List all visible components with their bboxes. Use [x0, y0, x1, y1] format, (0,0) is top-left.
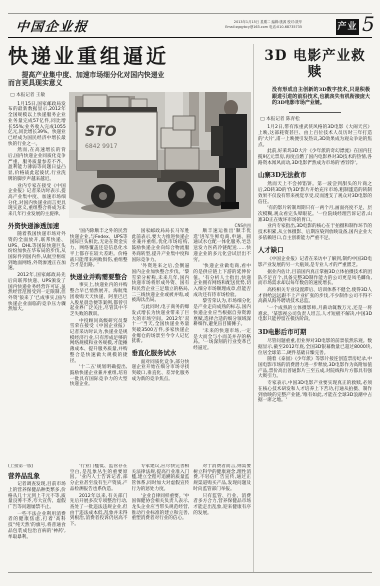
article-photo-block: STO 6842 9917 — [69, 92, 251, 229]
paragraph: 事实上,快递业内的并购整合早已悄然展开。海航集团收购天天快递、阿里巴巴入股星晨急… — [70, 283, 128, 317]
photo-sign-digits: 6842 9917 — [85, 143, 118, 150]
article-subhead: 快递业并购需要整合 — [70, 273, 128, 281]
paragraph: '有的影片转制周期只有一两个月,画面亮度不足、层次模糊,观众看完头晕眼花。'一位… — [258, 206, 372, 223]
paragraph: '国内除顺丰之外的民营快递企业,与Fedex、UPS等国际巨头相比,无论在资金实… — [70, 229, 128, 269]
article-subhead: 外资快递渗透加速 — [8, 222, 66, 230]
column-divider — [253, 44, 254, 572]
article-subhead: 人才缺口 — [258, 246, 372, 254]
lead-subtitle: 提高产业集中度、加速市场细分化对国内快递业 而言更具现实意义 — [8, 71, 226, 87]
paragraph: '外资进来之后,会倒逼国内企业加快整合步伐。'黎雪荣分析称,未来几年,国内快递市… — [132, 264, 190, 304]
newspaper-page: 中国企业报 2013年1月15日 星期二 编辑:康源 校对:筱华 Email:z… — [0, 0, 380, 586]
section-label: 产业 — [336, 19, 359, 35]
paragraph: 随着我国快递市场对外资的全面放开,联邦快递、UPS、DHL等国际快递巨头纷纷加快… — [8, 232, 66, 272]
right-article-body: □ 本报记者 陈青松1月2日,带有浓重武侠风格的3D电影《大闹天宫》上映,这部耗… — [258, 117, 372, 404]
paragraph: 只有监管、行业、消费者多方合力,营养保健品市场才能走出乱象,迎来健康有序的发展。 — [193, 494, 251, 517]
continuation-column-1: (上接第一版)营养品乱象记者调查发现,目前市场上的营养保健品种类繁多,价格从几十… — [8, 464, 66, 566]
page-bottom-rule — [8, 572, 372, 573]
header-top-rule — [8, 13, 372, 14]
right-article: 3D 电影产业救赎 没有形成自主创新的3D数字技术,只是积极跟进引进的前沿技术,… — [258, 44, 372, 570]
paragraph: 面对同质化竞争,部分快递企业开始在细分市场寻找突破口,垂直化、差异化服务成为新的… — [132, 360, 190, 383]
paragraph: 此前,好莱坞3D大片《少年派的奇幻漂流》在国内狂揽9亿元票房,再度点燃了国内电影… — [258, 149, 372, 166]
lead-article-body: □ 本报记者 王敏1月15日,国家邮政局发布的最新数据显示,2012年全国规模以… — [8, 92, 251, 424]
article-subhead: 山寨3D无法救市 — [258, 171, 372, 179]
paragraph: 国家邮政局局长马军胜此前表示,要大力推进快递企业兼并重组,优化市场结构,鼓励快递… — [132, 229, 190, 263]
right-article-intro: 没有形成自主创新的3D数字技术,只是积极跟进引进的前沿技术,也就丧失有机衔接庞大… — [272, 87, 370, 107]
page-number: 5 — [362, 12, 375, 36]
paragraph: '快递企业做电商,看中的是供应链上下游的延伸价值。'有分析人士指出,快递企业拥有… — [193, 264, 251, 298]
paragraph: 业内专家指出,3D电影的核心在于拍摄和制作环节的技术积累,从立体摄影、后期渲染到… — [258, 224, 372, 241]
paragraph: 随着《泰囧》《少年派》等影片接连创造票房纪录,中国电影市场的消费潜力进一步释放,… — [258, 357, 372, 380]
paragraph: 然而,在高速增长的背后,国内快递企业同质化竞争严重、服务质量参差不齐、盈利能力薄… — [8, 148, 66, 182]
paragraph: 专家建议,应尽快完善相关法律法规,提高行业准入门槛,建立全程可追溯的质量监管体系… — [132, 464, 190, 493]
paragraph: 中投顾问高级研究员黎雪荣在接受《中国企业报》记者采访时认为,快递业是规模经济行业… — [70, 319, 128, 365]
masthead: 中国企业报 — [15, 16, 89, 35]
paragraph: 高校相关专业设置滞后、培训体系不健全,使得3D人才供给远远跟不上产业扩张的步伐,… — [258, 288, 372, 305]
lead-subtitle-line2: 而言更具现实意义 — [8, 79, 226, 87]
delivery-scooter-photo: STO 6842 9917 — [69, 92, 251, 218]
article-note: (上接第一版) — [8, 464, 66, 470]
article-subhead: 3D电影后市可期 — [258, 328, 372, 336]
article-subhead: 营养品乱象 — [8, 472, 66, 480]
paragraph: 业内专家在接受《中国企业报》记者采访时表示,提高产业集中度、加速市场细分化,对国… — [8, 184, 66, 218]
paragraph: 尽管问题重重,但业界对3D电影的前景依然乐观。数据显示,截至2012年底,全国3… — [258, 339, 372, 356]
lead-article: 快递业重组逼近 提高产业集中度、加速市场细分化对国内快递业 而言更具现实意义 □… — [8, 44, 251, 424]
paragraph: 然而天上不会掉馅饼。第一波尝到甜头的片商之后,2D转3D的'伪3D'影片开始充斥… — [258, 182, 372, 205]
photo-sign-text: STO — [85, 124, 117, 140]
paragraph: 与此同时,电子商务的爆发式增长为快递业带来了巨大的市场空间。2012年'双十一'… — [132, 305, 190, 345]
paragraph: 《中国企业报》记者在采访中了解到,制约中国3D电影产业发展的另一大瓶颈,是专业人… — [258, 257, 372, 268]
lead-subtitle-line1: 提高产业集中度、加速市场细分化对国内快递业 — [8, 71, 226, 79]
paragraph: '行业门槛低、监管存在空白,是乱象丛生的重要原因。'业内人士告诉记者,部分企业甚… — [70, 464, 128, 493]
article-byline: □ 本报记者 陈青松 — [258, 117, 372, 123]
edition-line1: 2013年1月15日 星期二 编辑:康源 校对:筱华 — [225, 20, 302, 25]
edition-info: 2013年1月15日 星期二 编辑:康源 校对:筱华 Email:zgqybcy… — [225, 20, 302, 29]
paragraph: '未来的快递市场,一定是大而全与小而美并存的格局。'一场深刻的行业变革已经逼近。 — [193, 329, 251, 352]
paragraph: '一个成熟的立体摄影师,月薪动辄数万元,还是一将难求。'某影视公司负责人坦言,人… — [258, 306, 372, 323]
lead-column-1: □ 本报记者 王敏1月15日,国家邮政局发布的最新数据显示,2012年全国规模以… — [8, 92, 66, 424]
paragraph: 对于消费者而言,则需要树立科学的健康观念,理性消费,不轻信广告宣传,通过正规渠道… — [193, 464, 251, 493]
continuation-article: (上接第一版)营养品乱象记者调查发现,目前市场上的营养保健品种类繁多,价格从几十… — [8, 464, 251, 566]
photo-caption: CNS供图 — [69, 223, 251, 229]
header-thick-rule — [8, 37, 372, 38]
paragraph: 记者调查发现,目前市场上的营养保健品种类繁多,价格从几十元到上千元不等,质量良莠… — [8, 482, 66, 511]
article-subhead: 垂直化服务试水 — [132, 349, 190, 357]
paragraph: 专家表示,中国3D电影产业要实现真正的救赎,必须在核心技术研发和人才培养上下苦功… — [258, 381, 372, 404]
right-headline: 3D 电影产业救赎 — [258, 48, 372, 80]
paragraph: 2012年,国家邮政局先后向联邦快递、UPS颁发了国内快递业务经营许可证,虽然经… — [8, 273, 66, 313]
article-byline: □ 本报记者 王敏 — [8, 93, 66, 99]
continuation-column-4: 对于消费者而言,则需要树立科学的健康观念,理性消费,不轻信广告宣传,通过正规渠道… — [193, 464, 251, 566]
paragraph: 1月2日,带有浓重武侠风格的3D电影《大闹天宫》上映,这部耗资甚巨、由上百位技术… — [258, 125, 372, 148]
continuation-column-2: '行业门槛低、监管存在空白,是乱象丛生的重要原因。'业内人士告诉记者,部分企业甚… — [70, 464, 128, 566]
paragraph: '企业自律同样重要。'中国保健协会相关负责人表示,龙头企业应当带头规范经营,推动… — [132, 494, 190, 523]
lead-headline: 快递业重组逼近 — [8, 44, 251, 68]
paragraph: 据业内估计,目前国内真正掌握3D立体拍摄技术的团队不足百个,具备完整3D制作能力… — [258, 270, 372, 287]
paragraph: '十二五'规划明确提出,鼓励快递企业兼并重组,培育一批具有国际竞争力的大型快递企… — [70, 365, 128, 388]
paragraph: 黎雪荣认为,市场细分化是产业走向成熟的标志,国内快递企业应当根据自身资源禀赋,选… — [193, 299, 251, 328]
continuation-column-3: 专家建议,应尽快完善相关法律法规,提高行业准入门槛,建立全程可追溯的质量监管体系… — [132, 464, 190, 566]
paragraph: 一些不法企业利用消费者的健康焦虑,打着'高科技''纯天然'的旗号,将普通食品包装… — [8, 512, 66, 541]
paragraph: 顺丰速运推出'顺丰优选'进军生鲜电商,申通、圆通试水仓配一体化服务,宅急送发力医… — [193, 229, 251, 263]
intro-divider — [289, 112, 341, 113]
paragraph: 2012年以来,有关部门先后开展多次专项整治行动,查处了一批违法违规企业,但由于… — [70, 494, 128, 528]
edition-line2: Email:zgqybcy@163.com 电话:010-68735735 — [225, 25, 302, 30]
paragraph: 1月15日,国家邮政局发布的最新数据显示,2012年全国规模以上快递服务企业业务… — [8, 102, 66, 148]
